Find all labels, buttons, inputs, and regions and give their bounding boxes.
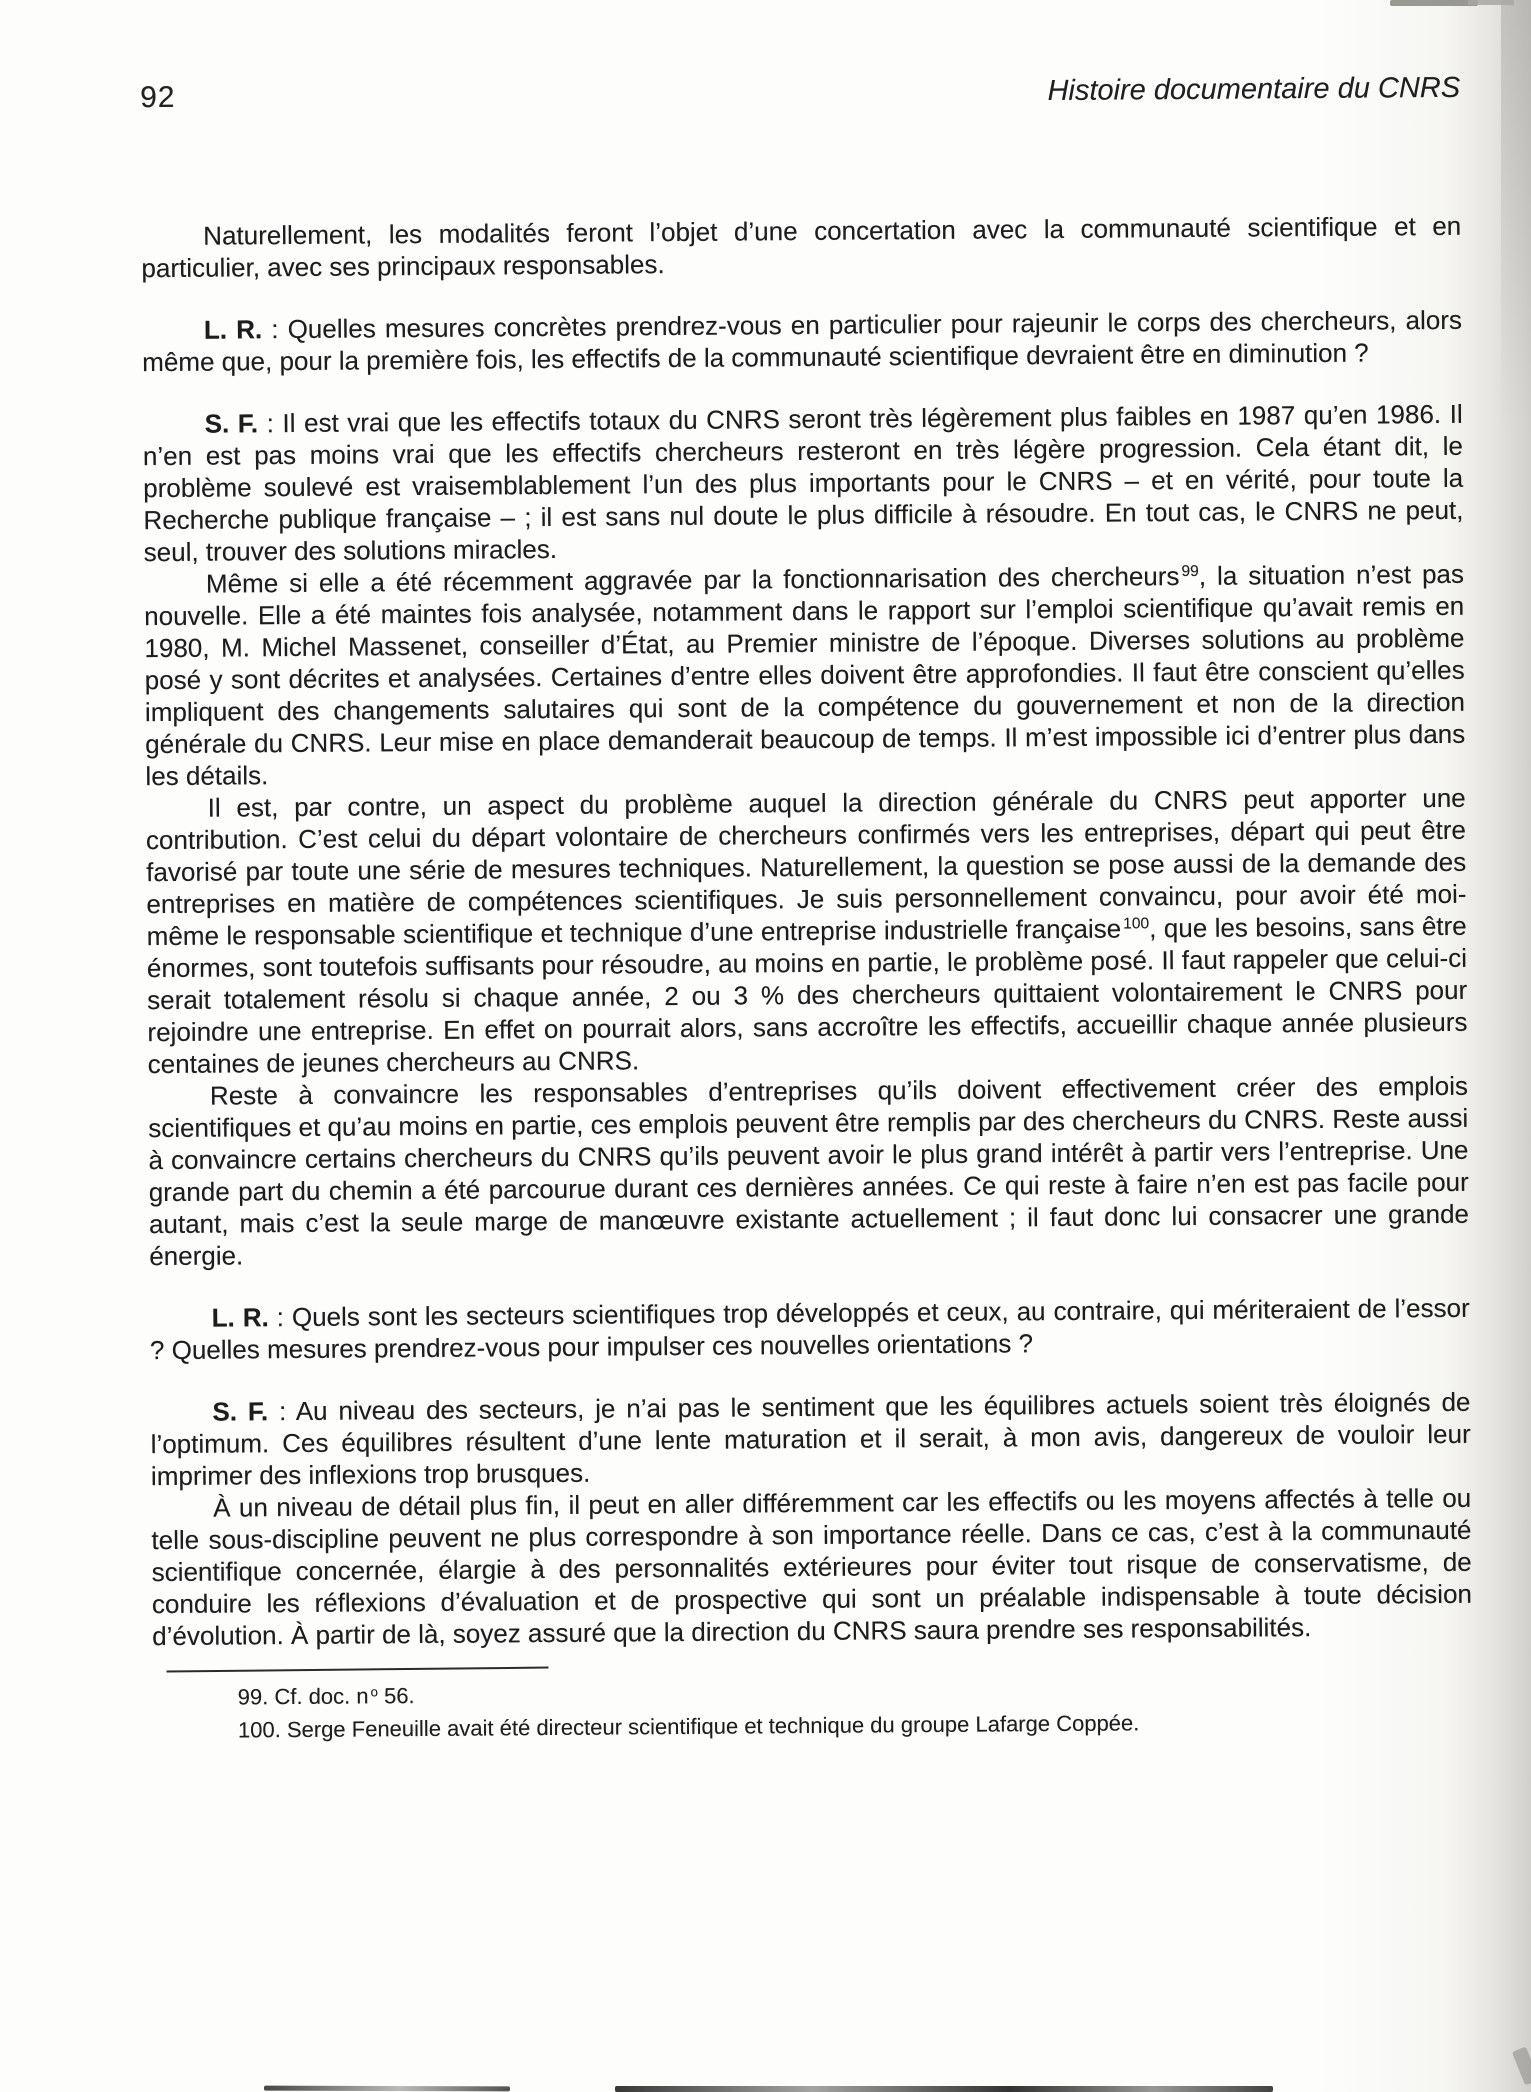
footnotes: 99. Cf. doc. no 56.100. Serge Feneuille … xyxy=(153,1671,1473,1747)
running-head: 92 Histoire documentaire du CNRS xyxy=(140,71,1460,115)
text-run: Reste à convaincre les responsables d’en… xyxy=(148,1071,1469,1271)
paragraph: L. R. : Quels sont les secteurs scientif… xyxy=(150,1292,1470,1366)
paragraph: S. F. : Au niveau des secteurs, je n’ai … xyxy=(150,1386,1471,1492)
text-run: : Au niveau des secteurs, je n’ai pas le… xyxy=(151,1387,1471,1491)
text-run: Naturellement, les modalités feront l’ob… xyxy=(141,211,1461,283)
paragraph: Reste à convaincre les responsables d’en… xyxy=(148,1070,1469,1272)
scanned-book-page: 92 Histoire documentaire du CNRS Naturel… xyxy=(0,0,1531,2092)
speaker-label: S. F. xyxy=(212,1396,268,1426)
paragraph: Naturellement, les modalités feront l’ob… xyxy=(141,210,1461,284)
scan-artifact-bottom-right xyxy=(615,2086,1273,2092)
footnote-rule xyxy=(167,1667,549,1673)
body-text: Naturellement, les modalités feront l’ob… xyxy=(141,210,1472,1652)
text-run: Même si elle a été récemment aggravée pa… xyxy=(206,561,1180,599)
scan-artifact-top-2 xyxy=(1468,0,1514,5)
footnote-ref: o xyxy=(370,1684,377,1699)
text-run: : Quels sont les secteurs scientifiques … xyxy=(150,1293,1470,1365)
speaker-label: L. R. xyxy=(212,1302,269,1332)
paragraph: À un niveau de détail plus fin, il peut … xyxy=(151,1482,1472,1652)
top-right-edge-shadow xyxy=(1501,0,1531,430)
paragraph: Il est, par contre, un aspect du problèm… xyxy=(146,782,1468,1080)
scan-artifact-bottom-left xyxy=(264,2086,510,2092)
page-content: 92 Histoire documentaire du CNRS Naturel… xyxy=(140,71,1473,1747)
paragraph: L. R. : Quelles mesures concrètes prendr… xyxy=(142,304,1462,378)
scan-artifact-top xyxy=(1390,0,1478,6)
speaker-label: L. R. xyxy=(204,314,262,344)
paragraph: S. F. : Il est vrai que les effectifs to… xyxy=(143,398,1464,568)
page-number: 92 xyxy=(140,81,176,115)
text-run: 100. Serge Feneuille avait été directeur… xyxy=(238,1710,1140,1742)
text-run: 99. Cf. doc. n xyxy=(238,1683,369,1709)
text-run: : Quelles mesures concrètes prendrez-vou… xyxy=(142,305,1462,377)
text-run: : Il est vrai que les effectifs totaux d… xyxy=(143,399,1464,567)
footnote-ref: 100 xyxy=(1123,916,1149,933)
paragraph: Même si elle a été récemment aggravée pa… xyxy=(144,558,1466,792)
scan-artifact-bottom-corner xyxy=(1512,2047,1531,2086)
text-run: 56. xyxy=(378,1683,415,1708)
speaker-label: S. F. xyxy=(205,408,259,438)
text-run: À un niveau de détail plus fin, il peut … xyxy=(151,1483,1472,1651)
footnote-ref: 99 xyxy=(1181,563,1198,580)
running-title: Histoire documentaire du CNRS xyxy=(1047,72,1460,108)
